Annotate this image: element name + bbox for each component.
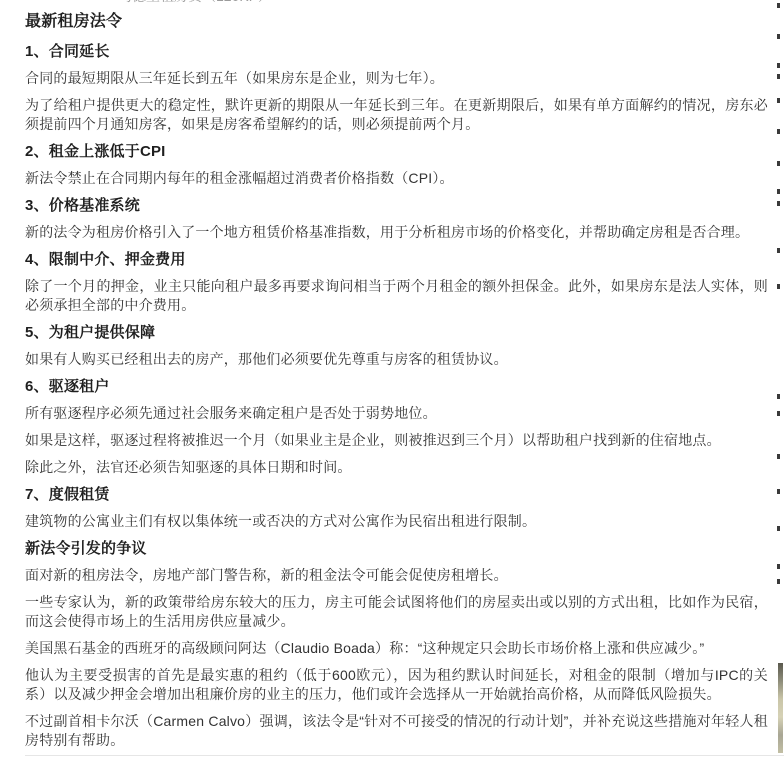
clipped-image-caption: 马德里租房费（120KP） [118,0,272,3]
section-heading: 7、度假租赁 [25,485,768,504]
clipped-image-sliver [778,663,783,753]
clipped-text-tick [777,411,780,416]
clipped-text-tick [777,98,780,103]
paragraph: 新的法令为租房价格引入了一个地方租赁价格基准指数，用于分析租房市场的价格变化，并… [25,223,768,242]
section-heading: 6、驱逐租户 [25,377,768,396]
section-heading: 3、价格基准系统 [25,196,768,215]
paragraph: 他认为主要受损害的首先是最实惠的租约（低于600欧元），因为租约默认时间延长，对… [25,666,768,704]
paragraph: 所有驱逐程序必须先通过社会服务来确定租户是否处于弱势地位。 [25,404,768,423]
clipped-text-tick [777,526,780,531]
paragraph: 合同的最短期限从三年延长到五年（如果房东是企业，则为七年）。 [25,69,768,88]
section-heading: 1、合同延长 [25,42,768,61]
clipped-text-tick [777,579,780,584]
clipped-text-tick [777,394,780,399]
clipped-text-tick [777,248,780,253]
clipped-text-tick [777,201,780,206]
clipped-text-tick [777,189,780,194]
article-body: 1、合同延长合同的最短期限从三年延长到五年（如果房东是企业，则为七年）。为了给租… [25,42,768,750]
section-heading: 4、限制中介、押金费用 [25,250,768,269]
section-heading: 新法令引发的争议 [25,539,768,558]
clipped-text-tick [777,34,780,39]
paragraph: 美国黑石基金的西班牙的高级顾问阿达（Claudio Boada）称：“这种规定只… [25,639,768,658]
clipped-text-tick [777,74,780,79]
bottom-divider [25,755,784,756]
section-heading: 5、为租户提供保障 [25,323,768,342]
clipped-text-tick [777,564,780,569]
paragraph: 为了给租户提供更大的稳定性，默许更新的期限从一年延长到三年。在更新期限后，如果有… [25,96,768,134]
paragraph: 面对新的租房法令，房地产部门警告称，新的租金法令可能会促使房租增长。 [25,566,768,585]
paragraph: 如果是这样，驱逐过程将被推迟一个月（如果业主是企业，则被推迟到三个月）以帮助租户… [25,431,768,450]
page-title: 最新租房法令 [25,12,768,32]
article-body-container: 最新租房法令 1、合同延长合同的最短期限从三年延长到五年（如果房东是企业，则为七… [0,0,784,750]
clipped-text-tick [777,3,780,8]
clipped-text-tick [777,161,780,166]
article-page: 马德里租房费（120KP） 最新租房法令 1、合同延长合同的最短期限从三年延长到… [0,0,784,759]
paragraph: 除了一个月的押金，业主只能向租户最多再要求询问相当于两个月租金的额外担保金。此外… [25,277,768,315]
section-heading: 2、租金上涨低于CPI [25,142,768,161]
clipped-text-tick [777,284,780,289]
clipped-text-tick [777,129,780,134]
clipped-text-tick [777,63,780,68]
clipped-text-tick [777,489,780,494]
paragraph: 建筑物的公寓业主们有权以集体统一或否决的方式对公寓作为民宿出租进行限制。 [25,512,768,531]
paragraph: 不过副首相卡尔沃（Carmen Calvo）强调，该法令是“针对不可接受的情况的… [25,712,768,750]
paragraph: 新法令禁止在合同期内每年的租金涨幅超过消费者价格指数（CPI）。 [25,169,768,188]
paragraph: 一些专家认为，新的政策带给房东较大的压力，房主可能会试图将他们的房屋卖出或以别的… [25,593,768,631]
paragraph: 如果有人购买已经租出去的房产，那他们必须要优先尊重与房客的租赁协议。 [25,350,768,369]
clipped-text-tick [777,454,780,459]
paragraph: 除此之外，法官还必须告知驱逐的具体日期和时间。 [25,458,768,477]
